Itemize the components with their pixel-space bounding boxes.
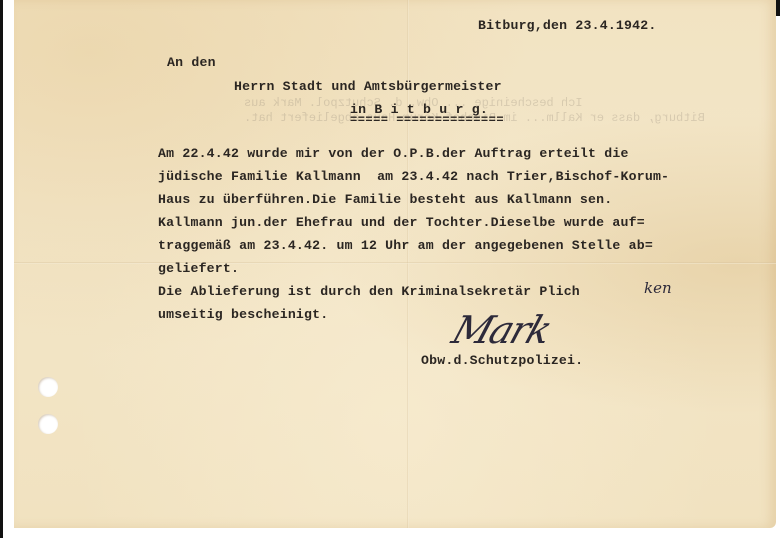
paper-sheet: Ich bescheinige ... Obw. d. Schutzpol. M… bbox=[14, 0, 776, 528]
recipient-title: Herrn Stadt und Amtsbürgermeister bbox=[234, 75, 502, 98]
punch-hole-bottom bbox=[38, 414, 58, 434]
handwritten-signature: Mark bbox=[447, 308, 556, 352]
punch-hole-top bbox=[38, 377, 58, 397]
fold-line-horizontal bbox=[14, 262, 776, 264]
place-and-date: Bitburg,den 23.4.1942. bbox=[478, 14, 657, 37]
body-line-6: geliefert. bbox=[158, 257, 239, 280]
signatory-title: Obw.d.Schutzpolizei. bbox=[421, 349, 583, 372]
recipient-underline: ===== ============== bbox=[350, 113, 504, 127]
body-line-7: Die Ablieferung ist durch den Kriminalse… bbox=[158, 280, 580, 303]
body-line-4: Kallmann jun.der Ehefrau und der Tochter… bbox=[158, 211, 645, 234]
body-line-8: umseitig bescheinigt. bbox=[158, 303, 328, 326]
handwritten-correction: ken bbox=[644, 279, 672, 297]
body-line-3: Haus zu überführen.Die Familie besteht a… bbox=[158, 188, 612, 211]
scan-edge-right bbox=[776, 0, 780, 16]
salutation: An den bbox=[167, 51, 216, 74]
scanned-document: Ich bescheinige ... Obw. d. Schutzpol. M… bbox=[0, 0, 780, 538]
scan-edge-left bbox=[0, 0, 3, 538]
body-line-5: traggemäß am 23.4.42. um 12 Uhr am der a… bbox=[158, 234, 653, 257]
body-line-1: Am 22.4.42 wurde mir von der O.P.B.der A… bbox=[158, 142, 629, 165]
body-line-2: jüdische Familie Kallmann am 23.4.42 nac… bbox=[158, 165, 669, 188]
